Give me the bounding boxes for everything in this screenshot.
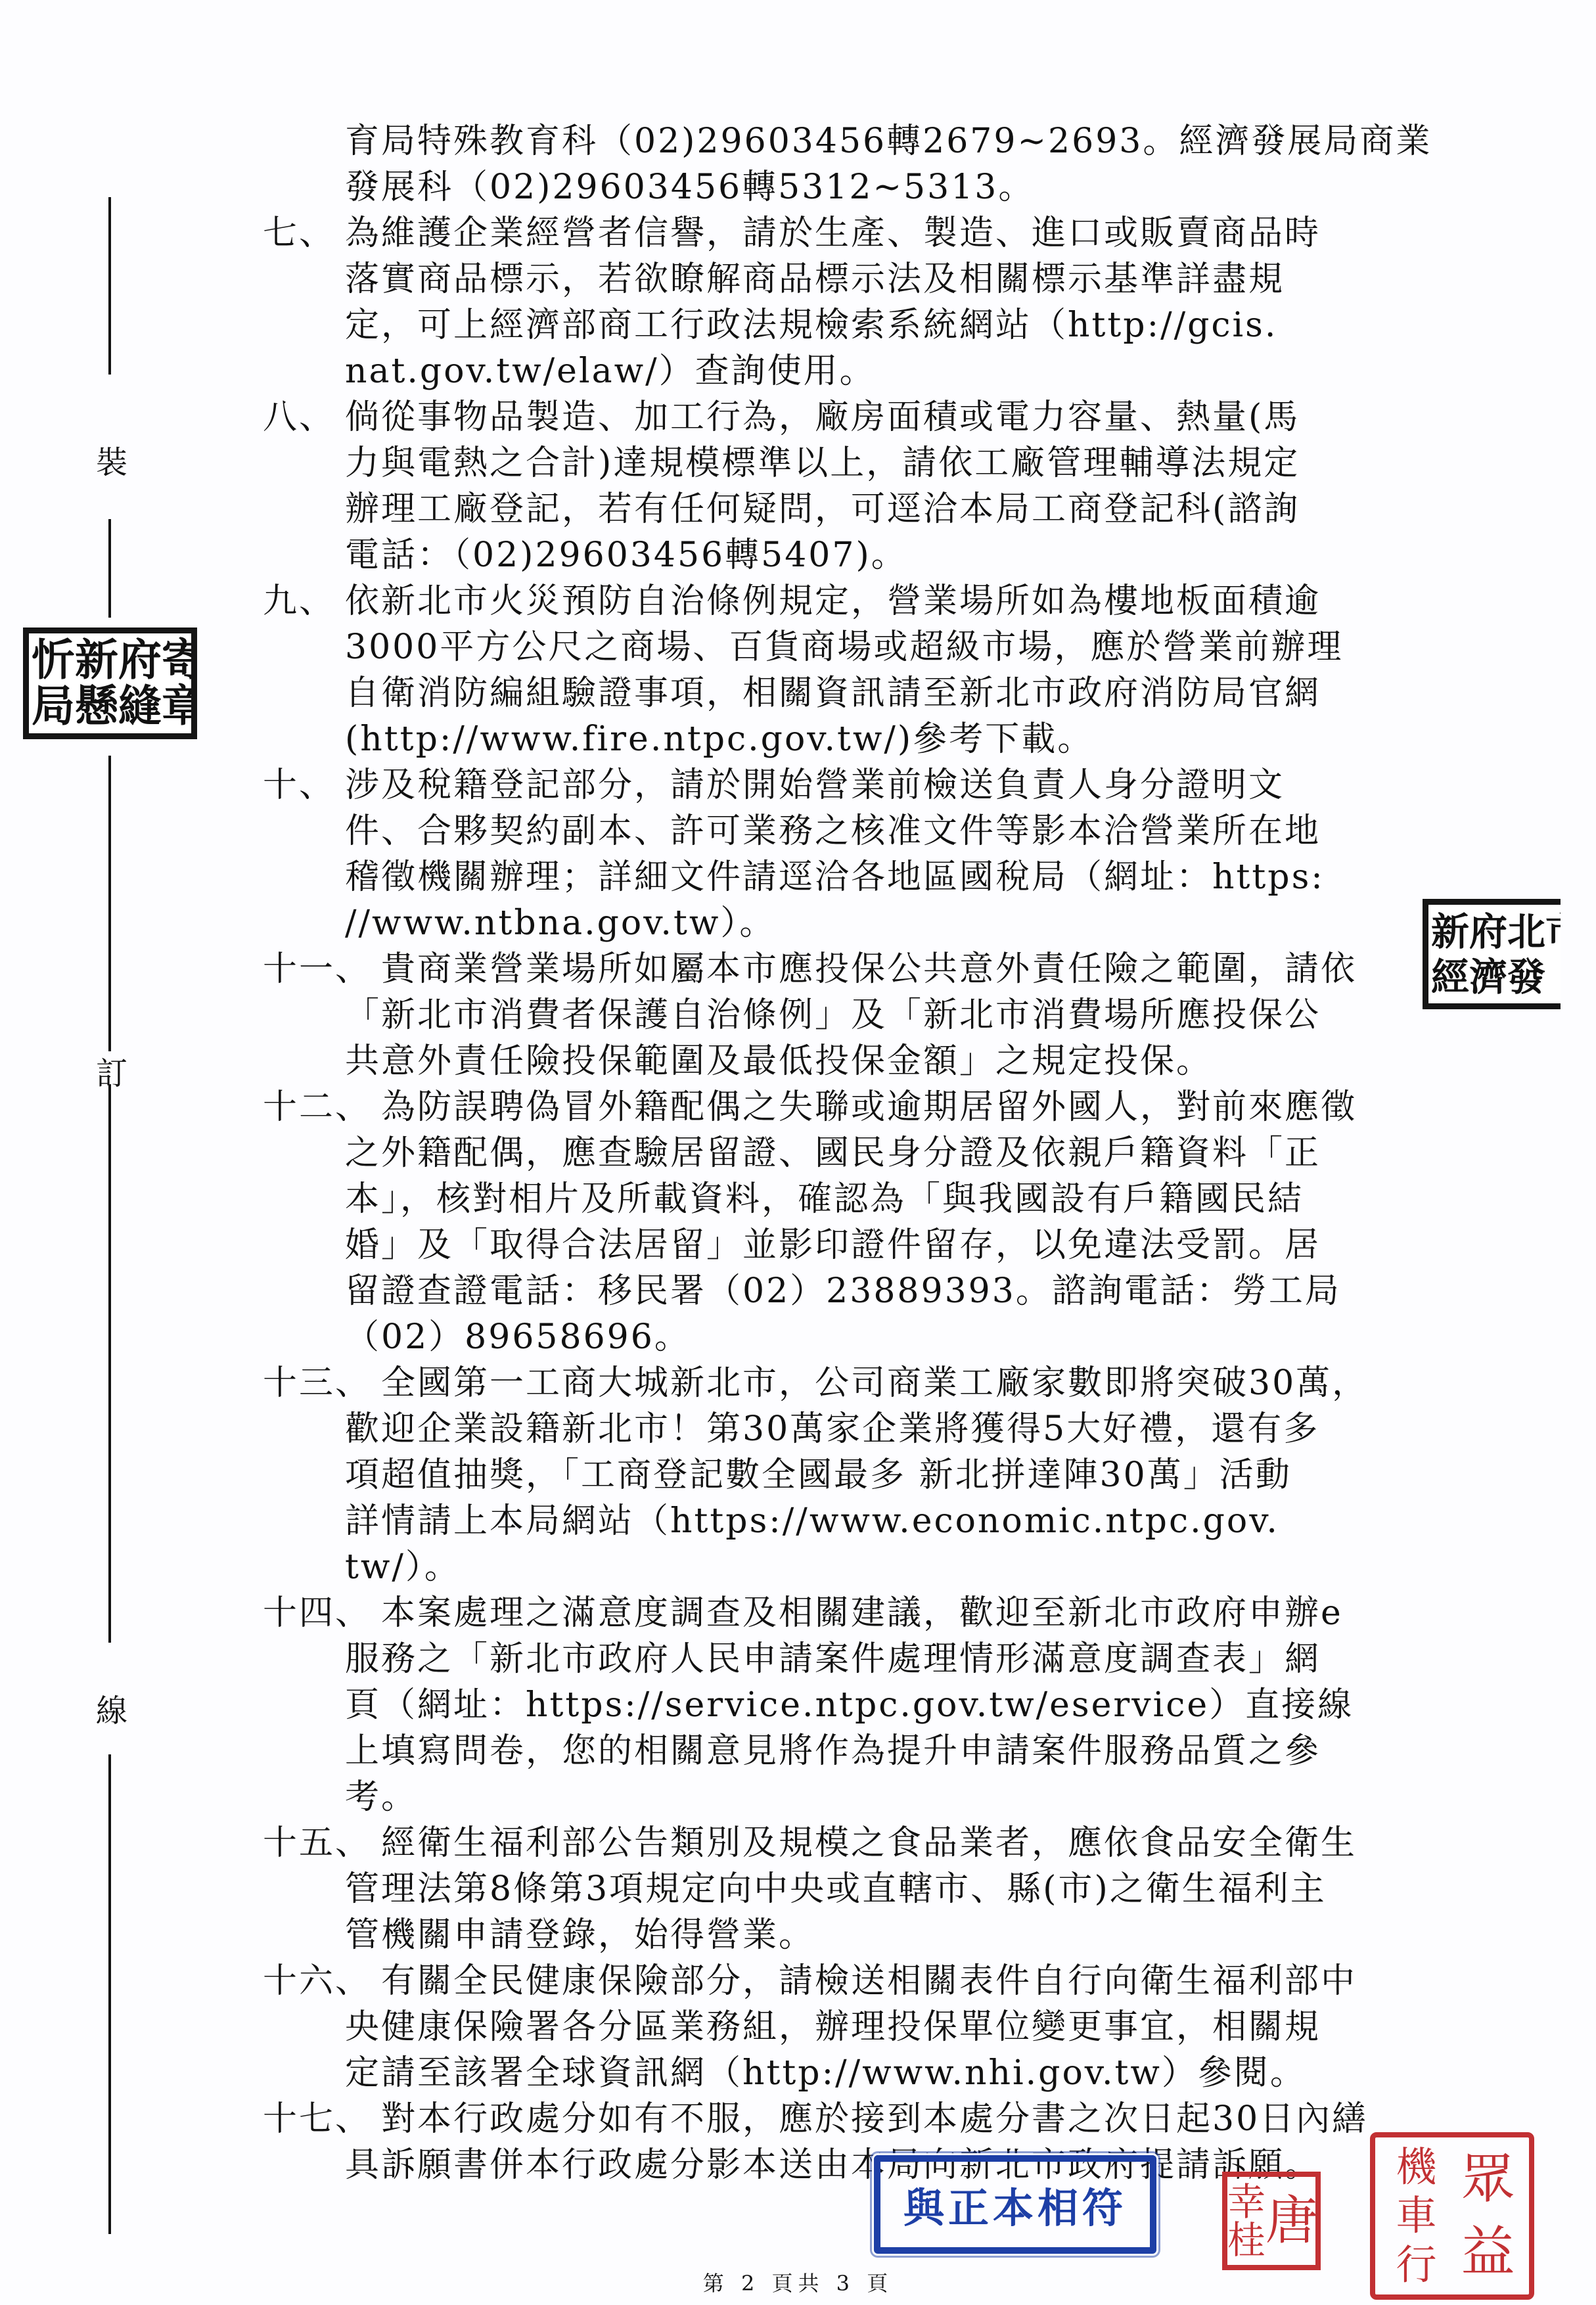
binding-label-ding: 訂 (92, 1058, 131, 1089)
text-line: 婚」及「取得合法居留」並影印證件留存，以免違法受罰。居 (345, 1222, 1432, 1268)
text-line: 辦理工廠登記，若有任何疑問，可逕洽本局工商登記科(諮詢 (345, 486, 1432, 532)
text-line: 共意外責任險投保範圍及最低投保金額」之規定投保。 (345, 1038, 1432, 1084)
text-line: 管機關申請登錄，始得營業。 (345, 1912, 1432, 1958)
binding-label-zhuang: 裝 (92, 447, 131, 478)
seal-char: 章 (162, 685, 197, 728)
clause-number: 十四、 (263, 1590, 371, 1636)
clause-16: 十六、 有關全民健康保險部分，請檢送相關表件自行向衛生福利部中 央健康保險署各分… (263, 1958, 1432, 2096)
clause-number: 八、 (263, 394, 335, 440)
text-line: 涉及稅籍登記部分，請於開始營業前檢送負責人身分證明文 (345, 762, 1432, 808)
text-line: 服務之「新北市政府人民申請案件處理情形滿意度調查表」網 (345, 1636, 1432, 1682)
text-line: 管理法第8條第3項規定向中央或直轄市、縣(市)之衛生福利主 (345, 1866, 1432, 1912)
personal-seal-stamp: 幸 桂 唐 (1222, 2172, 1321, 2270)
text-line: 頁（網址：https://service.ntpc.gov.tw/eservic… (345, 1682, 1432, 1728)
seal-char: 府 (1469, 913, 1507, 951)
binding-line (108, 756, 111, 1051)
text-line: 發展科（02)29603456轉5312~5313。 (345, 164, 1432, 210)
clause-number: 九、 (263, 578, 335, 624)
clause-number: 十、 (263, 762, 335, 808)
text-line: nat.gov.tw/elaw/）查詢使用。 (345, 348, 1432, 394)
text-line: 本案處理之滿意度調查及相關建議，歡迎至新北市政府申辦e (381, 1590, 1432, 1636)
clause-14: 十四、 本案處理之滿意度調查及相關建議，歡迎至新北市政府申辦e 服務之「新北市政… (263, 1590, 1432, 1820)
document-body: 育局特殊教育科（02)29603456轉2679~2693。經濟發展局商業 發展… (263, 118, 1432, 2188)
clause-8: 八、 倘從事物品製造、加工行為，廠房面積或電力容量、熱量(馬 力與電熱之合計)達… (263, 394, 1432, 578)
seal-char: 桂 (1227, 2221, 1265, 2259)
seal-char: 車 (1396, 2195, 1436, 2236)
seal-char: 局 (32, 685, 75, 728)
binding-line (108, 1104, 111, 1643)
text-line: 3000平方公尺之商場、百貨商場或超級市場，應於營業前辦理 (345, 624, 1432, 670)
seal-char: 懸 (75, 685, 118, 728)
binding-label-xian: 線 (92, 1695, 131, 1727)
text-line: 貴商業營業場所如屬本市應投保公共意外責任險之範圍，請依 (381, 946, 1432, 992)
binding-line (108, 197, 111, 375)
seal-char: 府 (118, 639, 162, 682)
seal-char: 幸 (1227, 2183, 1265, 2221)
text-line: 「新北市消費者保護自治條例」及「新北市消費場所應投保公 (345, 992, 1432, 1038)
page-number: 第 2 頁共 3 頁 (0, 2267, 1596, 2297)
clause-number: 十三、 (263, 1360, 371, 1406)
clause-number: 十六、 (263, 1958, 371, 2004)
text-line: 電話：（02)29603456轉5407)。 (345, 532, 1432, 578)
text-line: 項超值抽獎，「工商登記數全國最多 新北拼達陣30萬」活動 (345, 1452, 1432, 1498)
text-line: 留證查證電話：移民署（02）23889393。諮詢電話：勞工局 (345, 1268, 1432, 1314)
text-line: 央健康保險署各分區業務組，辦理投保單位變更事宜，相關規 (345, 2004, 1432, 2050)
text-line: 育局特殊教育科（02)29603456轉2679~2693。經濟發展局商業 (345, 118, 1432, 164)
seam-seal-left: 忻 新 府 寄 局 懸 縫 章 (23, 628, 197, 739)
seal-char: 唐 (1265, 2195, 1318, 2247)
seal-char: 濟 (1469, 958, 1507, 996)
clause-10: 十、 涉及稅籍登記部分，請於開始營業前檢送負責人身分證明文 件、合夥契約副本、許… (263, 762, 1432, 946)
text-line: 稽徵機關辦理；詳細文件請逕洽各地區國稅局（網址：https: (345, 854, 1432, 900)
clause-number: 十七、 (263, 2096, 371, 2142)
text-line: 全國第一工商大城新北市，公司商業工廠家數即將突破30萬， (381, 1360, 1432, 1406)
text-line: 有關全民健康保險部分，請檢送相關表件自行向衛生福利部中 (381, 1958, 1432, 2004)
text-line: （02）89658696。 (345, 1314, 1432, 1360)
seal-char: 新 (75, 639, 118, 682)
clause-number: 十二、 (263, 1084, 371, 1130)
clause-9: 九、 依新北市火災預防自治條例規定，營業場所如為樓地板面積逾 3000平方公尺之… (263, 578, 1432, 762)
clause-12: 十二、 為防誤聘偽冒外籍配偶之失聯或逾期居留外國人，對前來應徵 之外籍配偶，應查… (263, 1084, 1432, 1360)
text-line: (http://www.fire.ntpc.gov.tw/)參考下載。 (345, 716, 1432, 762)
text-line: 經衛生福利部公告類別及規模之食品業者，應依食品安全衛生 (381, 1820, 1432, 1866)
text-line: 本」，核對相片及所載資料，確認為「與我國設有戶籍國民結 (345, 1176, 1432, 1222)
continuation-paragraph: 育局特殊教育科（02)29603456轉2679~2693。經濟發展局商業 發展… (263, 118, 1432, 210)
binding-line (108, 1754, 111, 2234)
clause-number: 十一、 (263, 946, 371, 992)
clause-number: 七、 (263, 210, 335, 256)
text-line: tw/）。 (345, 1544, 1432, 1590)
seal-char: 市 (1545, 913, 1561, 951)
text-line: 依新北市火災預防自治條例規定，營業場所如為樓地板面積逾 (345, 578, 1432, 624)
seal-char: 眾 (1461, 2153, 1515, 2206)
text-line: 定，可上經濟部商工行政法規檢索系統網站（http://gcis. (345, 302, 1432, 348)
clause-15: 十五、 經衛生福利部公告類別及規模之食品業者，應依食品安全衛生 管理法第8條第3… (263, 1820, 1432, 1958)
text-line: 歡迎企業設籍新北市！第30萬家企業將獲得5大好禮，還有多 (345, 1406, 1432, 1452)
binding-margin: 裝 訂 線 (0, 0, 217, 2305)
text-line: 件、合夥契約副本、許可業務之核准文件等影本洽營業所在地 (345, 808, 1432, 854)
seal-char: 新 (1431, 913, 1469, 951)
seal-char: 發 (1507, 958, 1545, 996)
seal-char: 縫 (118, 685, 162, 728)
text-line: 倘從事物品製造、加工行為，廠房面積或電力容量、熱量(馬 (345, 394, 1432, 440)
text-line: 詳情請上本局網站（https://www.economic.ntpc.gov. (345, 1498, 1432, 1544)
text-line: 對本行政處分如有不服，應於接到本處分書之次日起30日內繕 (381, 2096, 1432, 2142)
text-line: 落實商品標示，若欲瞭解商品標示法及相關標示基準詳盡規 (345, 256, 1432, 302)
certified-true-copy-stamp: 與正本相符 (874, 2155, 1156, 2254)
seam-seal-right: 新 府 北 市 經 濟 發 (1423, 899, 1561, 1009)
clause-number: 十五、 (263, 1820, 371, 1866)
text-line: //www.ntbna.gov.tw）。 (345, 900, 1432, 946)
clause-11: 十一、 貴商業營業場所如屬本市應投保公共意外責任險之範圍，請依 「新北市消費者保… (263, 946, 1432, 1084)
clause-13: 十三、 全國第一工商大城新北市，公司商業工廠家數即將突破30萬， 歡迎企業設籍新… (263, 1360, 1432, 1590)
seal-column: 幸 桂 (1227, 2183, 1265, 2259)
text-line: 力與電熱之合計)達規模標準以上，請依工廠管理輔導法規定 (345, 440, 1432, 486)
seal-column: 唐 (1265, 2195, 1318, 2247)
clause-7: 七、 為維護企業經營者信譽，請於生產、製造、進口或販賣商品時 落實商品標示，若欲… (263, 210, 1432, 394)
seal-char: 忻 (32, 639, 75, 682)
text-line: 考。 (345, 1774, 1432, 1820)
text-line: 定請至該署全球資訊網（http://www.nhi.gov.tw）參閱。 (345, 2050, 1432, 2096)
text-line: 上填寫問卷，您的相關意見將作為提升申請案件服務品質之參 (345, 1728, 1432, 1774)
text-line: 為防誤聘偽冒外籍配偶之失聯或逾期居留外國人，對前來應徵 (381, 1084, 1432, 1130)
seal-char: 經 (1431, 958, 1469, 996)
text-line: 自衛消防編組驗證事項，相關資訊請至新北市政府消防局官網 (345, 670, 1432, 716)
seal-char: 北 (1507, 913, 1545, 951)
text-line: 之外籍配偶，應查驗居留證、國民身分證及依親戶籍資料「正 (345, 1130, 1432, 1176)
seal-char: 機 (1396, 2147, 1436, 2187)
text-line: 為維護企業經營者信譽，請於生產、製造、進口或販賣商品時 (345, 210, 1432, 256)
seal-char: 寄 (162, 639, 197, 682)
binding-line (108, 519, 111, 618)
